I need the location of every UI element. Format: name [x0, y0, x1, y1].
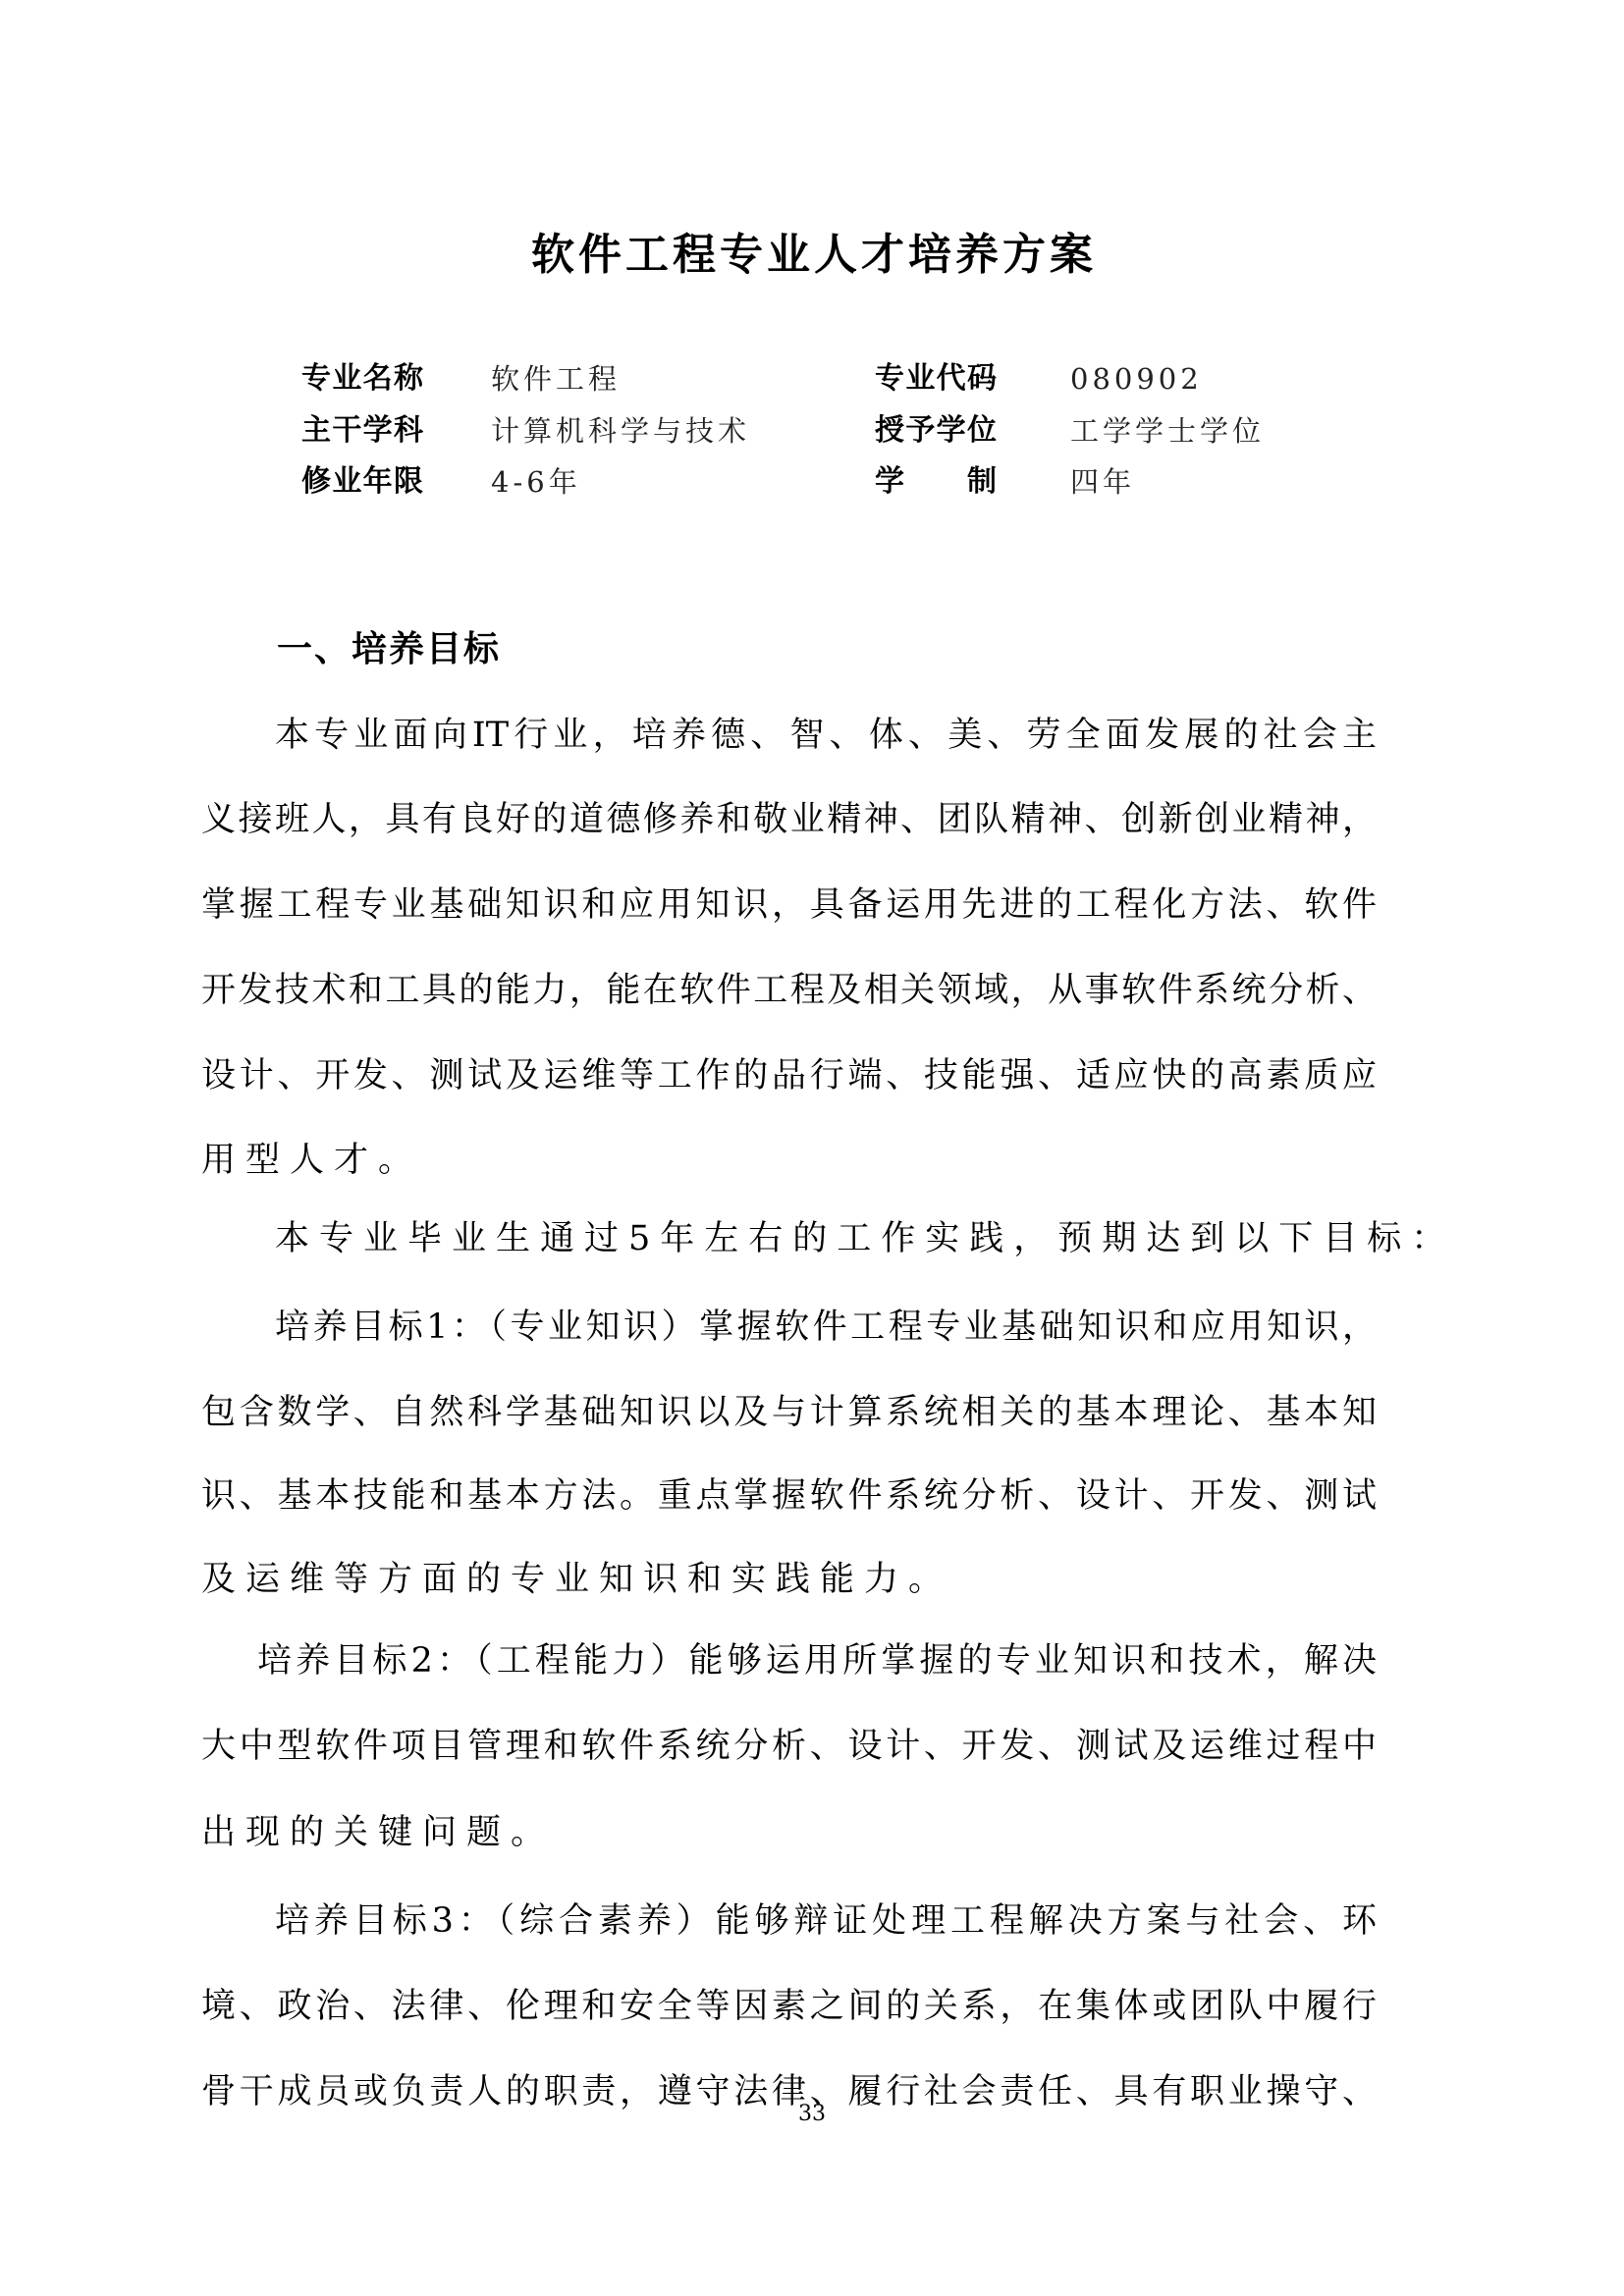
info-label-degree: 授予学位 [875, 411, 997, 451]
document-page: 软件工程专业人才培养方案 专业名称 软件工程 专业代码 080902 主干学科 … [0, 0, 1624, 2296]
info-value-major-name: 软件工程 [491, 359, 621, 399]
page-number: 33 [0, 2101, 1624, 2128]
info-label-major-code: 专业代码 [875, 359, 997, 399]
text-line: 及运维等方面的专业知识和实践能力。 [201, 1558, 1377, 1601]
info-label-duration: 学 制 [875, 462, 997, 502]
text-line: 用型人才。 [201, 1139, 1377, 1182]
info-label-study-years: 修业年限 [301, 462, 423, 502]
text-line: 掌握工程专业基础知识和应用知识，具备运用先进的工程化方法、软件 [201, 883, 1377, 927]
text-line: 境、政治、法律、伦理和安全等因素之间的关系，在集体或团队中履行 [201, 1985, 1377, 2028]
info-value-degree: 工学学士学位 [1070, 411, 1265, 451]
document-title: 软件工程专业人才培养方案 [2, 230, 1624, 281]
text-line: 识、基本技能和基本方法。重点掌握软件系统分析、设计、开发、测试 [201, 1474, 1377, 1518]
section-heading-objectives: 一、培养目标 [277, 626, 501, 673]
text-line: 出现的关键问题。 [201, 1811, 1377, 1854]
text-line: 开发技术和工具的能力，能在软件工程及相关领域，从事软件系统分析、 [201, 969, 1377, 1012]
text-line: 包含数学、自然科学基础知识以及与计算系统相关的基本理论、基本知 [201, 1391, 1377, 1434]
text-line: 培养目标2：（工程能力）能够运用所掌握的专业知识和技术，解决 [257, 1639, 1377, 1682]
text-line: 本专业面向IT行业，培养德、智、体、美、劳全面发展的社会主 [275, 714, 1377, 757]
info-label-major-name: 专业名称 [301, 359, 423, 399]
info-value-duration: 四年 [1070, 462, 1135, 502]
info-value-study-years: 4-6年 [491, 462, 581, 502]
text-line: 义接班人，具有良好的道德修养和敬业精神、团队精神、创新创业精神， [201, 798, 1377, 841]
info-value-major-code: 080902 [1070, 359, 1203, 399]
info-label-main-discipline: 主干学科 [301, 411, 423, 451]
text-line: 本专业毕业生通过5年左右的工作实践，预期达到以下目标： [275, 1217, 1377, 1260]
info-value-main-discipline: 计算机科学与技术 [491, 411, 750, 451]
text-line: 培养目标3：（综合素养）能够辩证处理工程解决方案与社会、环 [275, 1899, 1377, 1943]
text-line: 大中型软件项目管理和软件系统分析、设计、开发、测试及运维过程中 [201, 1725, 1377, 1768]
text-line: 设计、开发、测试及运维等工作的品行端、技能强、适应快的高素质应 [201, 1054, 1377, 1097]
text-line: 培养目标1：（专业知识）掌握软件工程专业基础知识和应用知识， [275, 1306, 1377, 1349]
